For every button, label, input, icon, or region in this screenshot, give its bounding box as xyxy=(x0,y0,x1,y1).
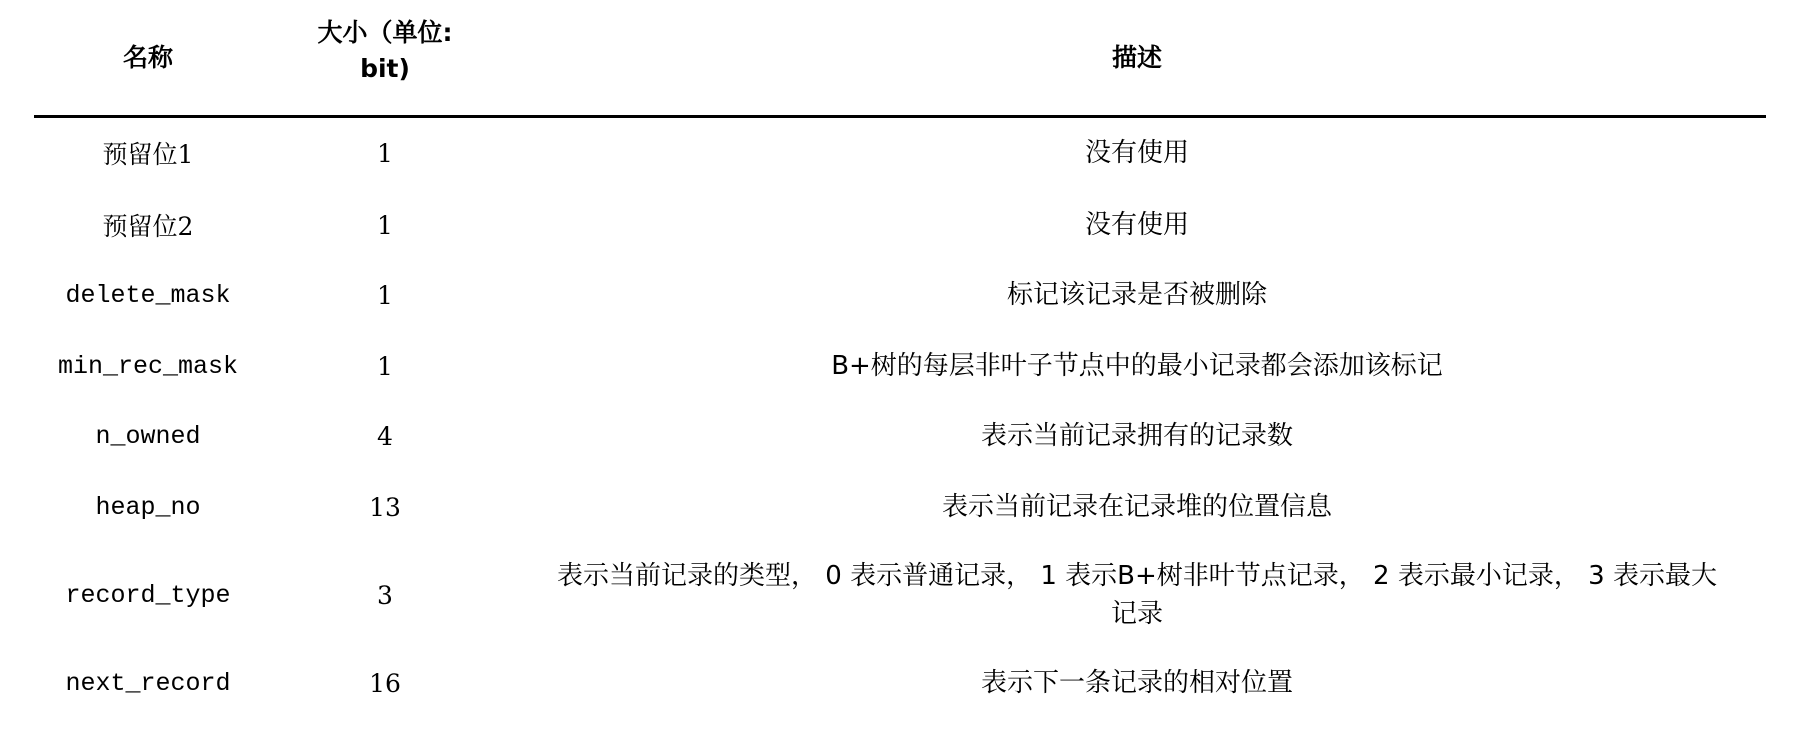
table-row: 预留位1 1 没有使用 xyxy=(34,130,1766,176)
cell-description: 表示当前记录在记录堆的位置信息 xyxy=(508,484,1766,530)
cell-size: 1 xyxy=(262,202,508,248)
cell-size: 4 xyxy=(262,413,508,459)
cell-name: record_type xyxy=(34,556,262,634)
table-row: record_type 3 表示当前记录的类型， 0 表示普通记录， 1 表示B… xyxy=(34,556,1766,634)
cell-description: 没有使用 xyxy=(508,202,1766,248)
cell-description: 表示当前记录拥有的记录数 xyxy=(508,413,1766,459)
cell-size: 1 xyxy=(262,343,508,389)
column-header-description: 描述 xyxy=(508,0,1766,115)
cell-size: 3 xyxy=(262,556,508,634)
column-header-size: 大小（单位: bit) xyxy=(262,0,508,115)
cell-description: 表示当前记录的类型， 0 表示普通记录， 1 表示B+树非叶节点记录， 2 表示… xyxy=(508,556,1766,634)
column-header-name-label: 名称 xyxy=(123,40,173,76)
cell-name: 预留位1 xyxy=(34,130,262,176)
column-header-size-line1: 大小（单位: xyxy=(318,15,453,51)
table-row: next_record 16 表示下一条记录的相对位置 xyxy=(34,660,1766,706)
table-row: 预留位2 1 没有使用 xyxy=(34,202,1766,248)
cell-name: delete_mask xyxy=(34,272,262,318)
cell-description: 没有使用 xyxy=(508,130,1766,176)
cell-size: 13 xyxy=(262,484,508,530)
cell-size: 1 xyxy=(262,130,508,176)
cell-description: 标记该记录是否被删除 xyxy=(508,272,1766,318)
column-header-description-label: 描述 xyxy=(1112,40,1162,76)
cell-name: min_rec_mask xyxy=(34,343,262,389)
cell-name: next_record xyxy=(34,660,262,706)
table-row: n_owned 4 表示当前记录拥有的记录数 xyxy=(34,413,1766,459)
record-header-table: 名称 大小（单位: bit) 描述 预留位1 1 没有使用 预留位2 1 没有使… xyxy=(34,0,1766,118)
table-row: heap_no 13 表示当前记录在记录堆的位置信息 xyxy=(34,484,1766,530)
column-header-size-label: 大小（单位: bit) xyxy=(318,15,453,87)
cell-size: 1 xyxy=(262,272,508,318)
cell-size: 16 xyxy=(262,660,508,706)
cell-description: B+树的每层非叶子节点中的最小记录都会添加该标记 xyxy=(508,343,1766,389)
column-header-name: 名称 xyxy=(34,0,262,115)
table-row: min_rec_mask 1 B+树的每层非叶子节点中的最小记录都会添加该标记 xyxy=(34,343,1766,389)
cell-name: 预留位2 xyxy=(34,202,262,248)
cell-description: 表示下一条记录的相对位置 xyxy=(508,660,1766,706)
table-row: delete_mask 1 标记该记录是否被删除 xyxy=(34,272,1766,318)
cell-name: n_owned xyxy=(34,413,262,459)
column-header-size-line2: bit) xyxy=(318,51,453,87)
cell-name: heap_no xyxy=(34,484,262,530)
table-header: 名称 大小（单位: bit) 描述 xyxy=(34,0,1766,118)
